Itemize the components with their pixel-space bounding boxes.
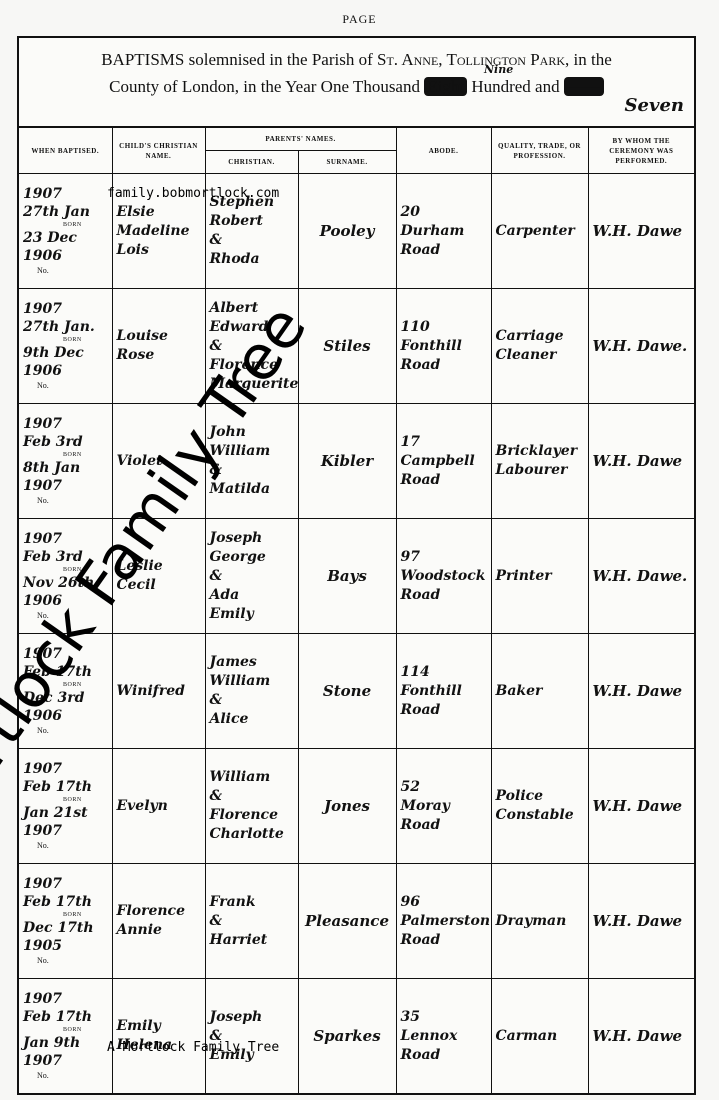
- parents-christian-cell: JosephGeorge&AdaEmily: [205, 519, 298, 634]
- parent-name-part: Joseph: [210, 529, 294, 548]
- col-by-whom: By whom the Ceremony was performed.: [588, 128, 694, 174]
- entry-number-label: No.: [23, 1070, 108, 1082]
- table-row: 1907Feb 3rdBorn8th Jan 1907No.VioletJohn…: [19, 404, 694, 519]
- when-baptised-cell: 1907Feb 3rdBorn8th Jan 1907No.: [19, 404, 112, 519]
- abode-part: Lennox: [401, 1027, 487, 1046]
- surname-cell: Stone: [298, 634, 396, 749]
- abode-part: Moray: [401, 797, 487, 816]
- parent-name-part: &: [210, 337, 294, 356]
- watermark-url: family.bobmortlock.com: [107, 186, 279, 201]
- surname-cell: Kibler: [298, 404, 396, 519]
- birth-date: Nov 26th 1906: [23, 574, 108, 610]
- born-label: Born: [23, 336, 108, 344]
- baptism-year: 1907: [23, 645, 108, 663]
- surname-cell: Sparkes: [298, 979, 396, 1094]
- abode-part: 52: [401, 778, 487, 797]
- officiant-signature-cell: W.H. Dawe.: [588, 289, 694, 404]
- child-name-cell: Winifred: [112, 634, 205, 749]
- abode-part: Road: [401, 356, 487, 375]
- abode-part: Road: [401, 471, 487, 490]
- officiant-signature-cell: W.H. Dawe.: [588, 519, 694, 634]
- parent-name-part: Ada: [210, 586, 294, 605]
- child-name-part: Emily: [117, 1017, 201, 1036]
- table-row: 1907Feb 17thBornDec 17th 1905No.Florence…: [19, 864, 694, 979]
- quality-cell: Carman: [491, 979, 588, 1094]
- entry-number-label: No.: [23, 265, 108, 277]
- baptism-date: Feb 3rd: [23, 548, 108, 566]
- child-name-part: Florence: [117, 902, 201, 921]
- quality-part: Baker: [496, 682, 584, 701]
- quality-part: Drayman: [496, 912, 584, 931]
- abode-part: Road: [401, 1046, 487, 1065]
- col-child-name: Child's Christian Name.: [112, 128, 205, 174]
- surname-cell: Bays: [298, 519, 396, 634]
- abode-cell: 20DurhamRoad: [396, 174, 491, 289]
- parent-name-part: Alice: [210, 710, 294, 729]
- entry-number-label: No.: [23, 380, 108, 392]
- quality-cell: Baker: [491, 634, 588, 749]
- child-name-cell: FlorenceAnnie: [112, 864, 205, 979]
- quality-cell: BricklayerLabourer: [491, 404, 588, 519]
- entry-number-label: No.: [23, 955, 108, 967]
- born-label: Born: [23, 221, 108, 229]
- child-name-part: Madeline: [117, 222, 201, 241]
- struck-year: ——: [564, 77, 604, 96]
- watermark-caption: A Mortlock Family Tree: [107, 1040, 279, 1055]
- when-baptised-cell: 1907Feb 3rdBornNov 26th 1906No.: [19, 519, 112, 634]
- col-quality: Quality, Trade, or Profession.: [491, 128, 588, 174]
- parent-name-part: Matilda: [210, 480, 294, 499]
- entry-number-label: No.: [23, 840, 108, 852]
- parent-name-part: John: [210, 423, 294, 442]
- born-label: Born: [23, 796, 108, 804]
- baptism-table: When Baptised. Child's Christian Name. P…: [19, 128, 694, 1093]
- col-when-baptised: When Baptised.: [19, 128, 112, 174]
- officiant-signature-cell: W.H. Dawe: [588, 634, 694, 749]
- abode-part: Road: [401, 701, 487, 720]
- abode-cell: 96PalmerstonRoad: [396, 864, 491, 979]
- baptism-date: Feb 3rd: [23, 433, 108, 451]
- parents-christian-cell: William&FlorenceCharlotte: [205, 749, 298, 864]
- title-line-1: BAPTISMS solemnised in the Parish of St.…: [19, 46, 694, 73]
- baptism-date: Feb 17th: [23, 1008, 108, 1026]
- col-abode: Abode.: [396, 128, 491, 174]
- parent-name-part: Frank: [210, 893, 294, 912]
- quality-part: Carriage: [496, 327, 584, 346]
- baptism-year: 1907: [23, 415, 108, 433]
- child-name-cell: Evelyn: [112, 749, 205, 864]
- table-row: 1907Feb 17thBornJan 9th 1907No.EmilyHele…: [19, 979, 694, 1094]
- table-row: 1907Feb 17thBornDec 3rd 1906No.WinifredJ…: [19, 634, 694, 749]
- child-name-cell: EmilyHelena: [112, 979, 205, 1094]
- abode-part: Palmerston: [401, 912, 487, 931]
- parent-name-part: &: [210, 231, 294, 250]
- born-label: Born: [23, 911, 108, 919]
- quality-part: Bricklayer: [496, 442, 584, 461]
- when-baptised-cell: 190727th JanBorn23 Dec 1906No.: [19, 174, 112, 289]
- born-label: Born: [23, 451, 108, 459]
- quality-cell: Carpenter: [491, 174, 588, 289]
- table-row: 1907Feb 17thBornJan 21st 1907No.EvelynWi…: [19, 749, 694, 864]
- parent-name-part: Florence: [210, 356, 294, 375]
- parents-christian-cell: JohnWilliam&Matilda: [205, 404, 298, 519]
- table-row: 190727th Jan.Born9th Dec 1906No.LouiseRo…: [19, 289, 694, 404]
- quality-part: Printer: [496, 567, 584, 586]
- abode-part: Road: [401, 241, 487, 260]
- birth-date: Jan 21st 1907: [23, 804, 108, 840]
- quality-cell: PoliceConstable: [491, 749, 588, 864]
- baptism-date: 27th Jan: [23, 203, 108, 221]
- abode-part: 114: [401, 663, 487, 682]
- quality-part: Labourer: [496, 461, 584, 480]
- child-name-part: Cecil: [117, 576, 201, 595]
- inserted-century: Nine: [484, 56, 513, 83]
- col-parents-names: Parents' Names.: [205, 128, 396, 151]
- entry-number-label: No.: [23, 610, 108, 622]
- child-name-part: Elsie: [117, 203, 201, 222]
- col-parents-christian: Christian.: [205, 151, 298, 174]
- abode-cell: 17CampbellRoad: [396, 404, 491, 519]
- child-name-part: Leslie: [117, 557, 201, 576]
- quality-part: Cleaner: [496, 346, 584, 365]
- baptism-date: Feb 17th: [23, 893, 108, 911]
- quality-part: Police: [496, 787, 584, 806]
- table-row: 1907Feb 3rdBornNov 26th 1906No.LeslieCec…: [19, 519, 694, 634]
- parents-christian-cell: JamesWilliam&Alice: [205, 634, 298, 749]
- abode-cell: 110FonthillRoad: [396, 289, 491, 404]
- abode-part: Road: [401, 816, 487, 835]
- parent-name-part: &: [210, 691, 294, 710]
- child-name-part: Winifred: [117, 682, 201, 701]
- surname-cell: Stiles: [298, 289, 396, 404]
- parent-name-part: Edward: [210, 318, 294, 337]
- parents-christian-cell: Frank&Harriet: [205, 864, 298, 979]
- baptism-date: Feb 17th: [23, 663, 108, 681]
- baptism-date: 27th Jan.: [23, 318, 108, 336]
- when-baptised-cell: 1907Feb 17thBornDec 17th 1905No.: [19, 864, 112, 979]
- officiant-signature-cell: W.H. Dawe: [588, 749, 694, 864]
- parent-name-part: James: [210, 653, 294, 672]
- parent-name-part: Robert: [210, 212, 294, 231]
- parent-name-part: Albert: [210, 299, 294, 318]
- abode-part: Durham: [401, 222, 487, 241]
- abode-cell: 35LennoxRoad: [396, 979, 491, 1094]
- born-label: Born: [23, 1026, 108, 1034]
- parent-name-part: Marguerite: [210, 375, 294, 394]
- abode-part: 20: [401, 203, 487, 222]
- child-name-part: Violet: [117, 452, 201, 471]
- when-baptised-cell: 1907Feb 17thBornDec 3rd 1906No.: [19, 634, 112, 749]
- parent-name-part: Florence: [210, 806, 294, 825]
- when-baptised-cell: 1907Feb 17thBornJan 9th 1907No.: [19, 979, 112, 1094]
- child-name-part: Evelyn: [117, 797, 201, 816]
- parent-name-part: &: [210, 461, 294, 480]
- parent-name-part: William: [210, 768, 294, 787]
- parent-name-part: William: [210, 442, 294, 461]
- quality-cell: Drayman: [491, 864, 588, 979]
- officiant-signature-cell: W.H. Dawe: [588, 174, 694, 289]
- parent-name-part: &: [210, 567, 294, 586]
- abode-part: 17: [401, 433, 487, 452]
- surname-cell: Pooley: [298, 174, 396, 289]
- entries-body: 190727th JanBorn23 Dec 1906No.ElsieMadel…: [19, 174, 694, 1094]
- baptism-year: 1907: [23, 530, 108, 548]
- baptism-year: 1907: [23, 875, 108, 893]
- child-name-part: Rose: [117, 346, 201, 365]
- abode-part: 35: [401, 1008, 487, 1027]
- abode-part: Fonthill: [401, 682, 487, 701]
- parent-name-part: George: [210, 548, 294, 567]
- born-label: Born: [23, 566, 108, 574]
- quality-cell: Printer: [491, 519, 588, 634]
- parent-name-part: Harriet: [210, 931, 294, 950]
- abode-part: Road: [401, 931, 487, 950]
- officiant-signature-cell: W.H. Dawe: [588, 979, 694, 1094]
- birth-date: Dec 3rd 1906: [23, 689, 108, 725]
- abode-cell: 52MorayRoad: [396, 749, 491, 864]
- col-parents-surname: Surname.: [298, 151, 396, 174]
- baptism-year: 1907: [23, 300, 108, 318]
- child-name-cell: LeslieCecil: [112, 519, 205, 634]
- parents-christian-cell: Joseph&Emily: [205, 979, 298, 1094]
- parent-name-part: Emily: [210, 605, 294, 624]
- birth-date: Dec 17th 1905: [23, 919, 108, 955]
- quality-cell: CarriageCleaner: [491, 289, 588, 404]
- struck-century: Eight: [424, 77, 467, 96]
- quality-part: Constable: [496, 806, 584, 825]
- abode-part: Woodstock: [401, 567, 487, 586]
- year-mid: Hundred and: [467, 77, 564, 96]
- birth-date: 9th Dec 1906: [23, 344, 108, 380]
- abode-part: Campbell: [401, 452, 487, 471]
- abode-part: 96: [401, 893, 487, 912]
- baptism-date: Feb 17th: [23, 778, 108, 796]
- title-line-2: County of London, in the Year One Thousa…: [19, 73, 694, 100]
- birth-date: Jan 9th 1907: [23, 1034, 108, 1070]
- title-prefix: BAPTISMS solemnised in the Parish of: [101, 50, 377, 69]
- officiant-signature-cell: W.H. Dawe: [588, 864, 694, 979]
- quality-part: Carpenter: [496, 222, 584, 241]
- baptism-year: 1907: [23, 760, 108, 778]
- parent-name-part: Rhoda: [210, 250, 294, 269]
- page-label: PAGE: [0, 12, 719, 27]
- parent-name-part: Joseph: [210, 1008, 294, 1027]
- baptism-year: 1907: [23, 185, 108, 203]
- entry-number-label: No.: [23, 725, 108, 737]
- parent-name-part: &: [210, 912, 294, 931]
- abode-part: Road: [401, 586, 487, 605]
- inserted-year: Seven: [625, 92, 684, 119]
- officiant-signature-cell: W.H. Dawe: [588, 404, 694, 519]
- entry-number-label: No.: [23, 495, 108, 507]
- quality-part: Carman: [496, 1027, 584, 1046]
- birth-date: 8th Jan 1907: [23, 459, 108, 495]
- register-title: BAPTISMS solemnised in the Parish of St.…: [19, 38, 694, 128]
- parent-name-part: William: [210, 672, 294, 691]
- child-name-part: Lois: [117, 241, 201, 260]
- birth-date: 23 Dec 1906: [23, 229, 108, 265]
- when-baptised-cell: 190727th Jan.Born9th Dec 1906No.: [19, 289, 112, 404]
- parents-christian-cell: AlbertEdward&FlorenceMarguerite: [205, 289, 298, 404]
- parent-name-part: Charlotte: [210, 825, 294, 844]
- when-baptised-cell: 1907Feb 17thBornJan 21st 1907No.: [19, 749, 112, 864]
- parent-name-part: &: [210, 787, 294, 806]
- abode-part: 110: [401, 318, 487, 337]
- abode-part: Fonthill: [401, 337, 487, 356]
- abode-cell: 97WoodstockRoad: [396, 519, 491, 634]
- abode-cell: 114FonthillRoad: [396, 634, 491, 749]
- parish-name: St. Anne, Tollington Park: [377, 50, 565, 69]
- child-name-cell: Violet: [112, 404, 205, 519]
- surname-cell: Jones: [298, 749, 396, 864]
- baptism-year: 1907: [23, 990, 108, 1008]
- child-name-part: Louise: [117, 327, 201, 346]
- year-prefix: County of London, in the Year One Thousa…: [109, 77, 424, 96]
- surname-cell: Pleasance: [298, 864, 396, 979]
- abode-part: 97: [401, 548, 487, 567]
- born-label: Born: [23, 681, 108, 689]
- child-name-cell: LouiseRose: [112, 289, 205, 404]
- child-name-part: Annie: [117, 921, 201, 940]
- title-suffix: , in the: [565, 50, 612, 69]
